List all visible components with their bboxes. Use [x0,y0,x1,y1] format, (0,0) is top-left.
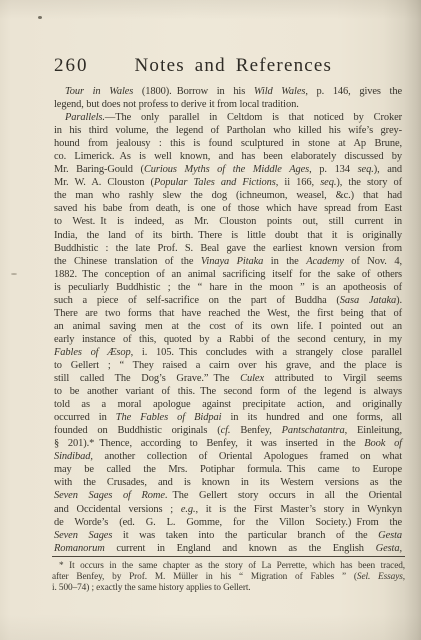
text-run: India, the land of its birth. There is l… [54,230,402,241]
text-run: ). [396,295,402,306]
text-run: Mr. W. A. Clouston ( [54,177,154,188]
text-run: , Einleitung, [345,425,402,436]
text-run: with the Crusades, and is known in its W… [54,477,402,488]
footnote: * It occurs in the same chapter as the s… [52,561,405,594]
text-line: co. Limerick. As is well known, and has … [54,150,402,163]
text-run: such a piece of self-sacrifice on the pa… [54,295,340,306]
text-run: told as a moral apologue against precipi… [54,399,402,410]
page-number: 260 [54,55,89,77]
text-run: de Worde’s (ed. G. L. Gomme, for the Vil… [54,517,402,528]
italic-text-run: Popular Tales and Fictions [154,177,276,188]
text-run: occurred in [54,412,116,423]
text-run: , p. 146, gives the [305,86,402,97]
text-line: founded on Buddhistic originals (cf. Ben… [54,424,402,437]
text-run: is peculiarly Buddhistic ; the “ hare in… [54,282,402,293]
text-line: told as a moral apologue against precipi… [54,398,402,411]
text-run: to West. It is indeed, as Mr. Clouston p… [54,216,402,227]
text-line: and Occidental versions ; e.g., it is th… [54,503,402,516]
text-line: occurred in The Fables of Bidpai in its … [54,411,402,424]
text-run: There are two forms that have reached th… [54,308,402,319]
book-page: 260 Notes and References Tour in Wales (… [0,0,421,640]
italic-text-run: Fables of Æsop [54,347,131,358]
text-run: * It occurs in the same chapter as the s… [59,561,405,571]
running-title: Notes and References [135,55,333,77]
text-line: * It occurs in the same chapter as the s… [52,561,405,572]
page-header: 260 Notes and References [54,55,402,77]
italic-text-run: Culex [240,373,264,384]
text-line: may be called the Mrs. Potiphar formula.… [54,463,402,476]
text-run: attributed to Virgil seems [264,373,402,384]
text-line: Mr. W. A. Clouston (Popular Tales and Fi… [54,176,402,189]
text-run: ), and [374,164,402,175]
text-line: There are two forms that have reached th… [54,307,402,320]
text-line: Sindibad, another collection of Oriental… [54,450,402,463]
text-run: founded on Buddhistic originals ( [54,425,221,436]
italic-text-run: Pantschatantra [282,425,345,436]
text-run: to be another variant of this. The secon… [54,386,402,397]
text-line: saved his babe from death, is one of tho… [54,202,402,215]
text-run: , ii 166, [276,177,320,188]
text-run: after Benfey, by Prof. M. Müller in his … [52,572,357,582]
text-run: Buddhistic : the late Prof. S. Beal gave… [54,243,402,254]
text-line: to Gellert ; “ They raised a cairn over … [54,359,402,372]
italic-text-run: cf. [221,425,231,436]
text-run: 1882. The conception of an animal sacrif… [54,269,402,280]
italic-text-run: Seven Sages of Rome [54,490,165,501]
italic-text-run: Tour in Wales [65,86,133,97]
text-line: in his third volume, the legend of Parth… [54,124,402,137]
text-run: saved his babe from death, is one of tho… [54,203,402,214]
text-run: to Gellert ; “ They raised a cairn over … [54,360,402,371]
text-run: . The Gellert story occurs in all the Or… [165,490,402,501]
text-line: Romanorum current in England and known a… [54,542,402,555]
text-run: Benfey, [230,425,281,436]
italic-text-run: Sindibad [54,451,90,462]
text-run: hound from jealousy : this is found scul… [54,138,402,149]
text-line: to be another variant of this. The secon… [54,385,402,398]
text-line: Seven Sages of Rome. The Gellert story o… [54,489,402,502]
text-line: still called The Dog’s Grave.” The Culex… [54,372,402,385]
italic-text-run: Curious Myths of the Middle Ages [144,164,309,175]
text-run: ), the story of [336,177,402,188]
italic-text-run: Wild Wales [254,86,305,97]
text-run: and Occidental versions ; [54,504,181,515]
italic-text-run: Academy [306,256,344,267]
footnote-area: * It occurs in the same chapter as the s… [52,556,405,594]
text-line: Mr. Baring-Gould (Curious Myths of the M… [54,163,402,176]
text-line: Parallels.—The only parallel in Celtdom … [54,111,402,124]
text-line: de Worde’s (ed. G. L. Gomme, for the Vil… [54,516,402,529]
text-run: —The only parallel in Celtdom is that no… [105,112,402,123]
text-line: after Benfey, by Prof. M. Müller in his … [52,572,405,583]
text-run: (1800). Borrow in his [133,86,254,97]
text-line: Buddhistic : the late Prof. S. Beal gave… [54,242,402,255]
text-line: an animal saving men at the cost of its … [54,320,402,333]
text-run: of Nov. 4, [344,256,402,267]
text-line: India, the land of its birth. There is l… [54,229,402,242]
text-run: still called The Dog’s Grave.” The [54,373,240,384]
italic-text-run: Gesta, [376,543,402,554]
text-run: legend, but does not profess to derive i… [54,99,299,110]
text-line: legend, but does not profess to derive i… [54,98,402,111]
text-run: the man who rashly slew the dog (ichneum… [54,190,402,201]
text-run: , p. 134 [309,164,357,175]
text-run: an animal saving men at the cost of its … [54,321,402,332]
italic-text-run: Vinaya Pitaka [201,256,263,267]
text-line: the Chinese translation of the Vinaya Pi… [54,255,402,268]
italic-text-run: Gesta [378,530,402,541]
text-run: , i. 105. This concludes with a strangel… [131,347,402,358]
italic-text-run: Seven Sages [54,530,112,541]
italic-text-run: Sasa Jataka [340,295,396,306]
text-line: to West. It is indeed, as Mr. Clouston p… [54,215,402,228]
text-line: Tour in Wales (1800). Borrow in his Wild… [54,85,402,98]
text-line: § 201).* Thence, according to Benfey, it… [54,437,402,450]
italic-text-run: seq. [320,177,336,188]
text-line: with the Crusades, and is known in its W… [54,476,402,489]
italic-text-run: Parallels. [65,112,105,123]
italic-text-run: Sel. Essays, [357,572,405,582]
footnote-rule [52,556,405,557]
text-run: , another collection of Oriental Apologu… [90,451,402,462]
text-run: it was taken into the particular branch … [112,530,378,541]
italic-text-run: Romanorum [54,543,105,554]
text-run: may be called the Mrs. Potiphar formula.… [54,464,402,475]
text-line: early instance of this, quoted by a Rabb… [54,333,402,346]
text-run: in his third volume, the legend of Parth… [54,125,402,136]
text-line: i. 500–74) ; exactly the same history ap… [52,583,405,594]
italic-text-run: The Fables of Bidpai [116,412,222,423]
italic-text-run: seq. [358,164,374,175]
text-run: early instance of this, quoted by a Rabb… [54,334,402,345]
text-line: 1882. The conception of an animal sacrif… [54,268,402,281]
text-line: such a piece of self-sacrifice on the pa… [54,294,402,307]
text-line: Seven Sages it was taken into the partic… [54,529,402,542]
body-text: Tour in Wales (1800). Borrow in his Wild… [54,85,402,555]
text-run: § 201).* Thence, according to Benfey, it… [54,438,364,449]
italic-text-run: e.g. [181,504,196,515]
text-run: i. 500–74) ; exactly the same history ap… [52,583,251,593]
text-line: is peculiarly Buddhistic ; the “ hare in… [54,281,402,294]
scan-speck [38,16,42,19]
text-run: in its hundred and one forms, all [221,412,402,423]
text-run: , it is the First Master’s story in Wynk… [196,504,402,515]
italic-text-run: Book of [364,438,402,449]
text-line: hound from jealousy : this is found scul… [54,137,402,150]
text-run: current in England and known as the Engl… [105,543,376,554]
text-run: Mr. Baring-Gould ( [54,164,144,175]
text-run: the Chinese translation of the [54,256,201,267]
text-line: the man who rashly slew the dog (ichneum… [54,189,402,202]
text-run: in the [263,256,306,267]
text-run: co. Limerick. As is well known, and has … [54,151,402,162]
scan-speck [11,273,17,275]
text-line: Fables of Æsop, i. 105. This concludes w… [54,346,402,359]
